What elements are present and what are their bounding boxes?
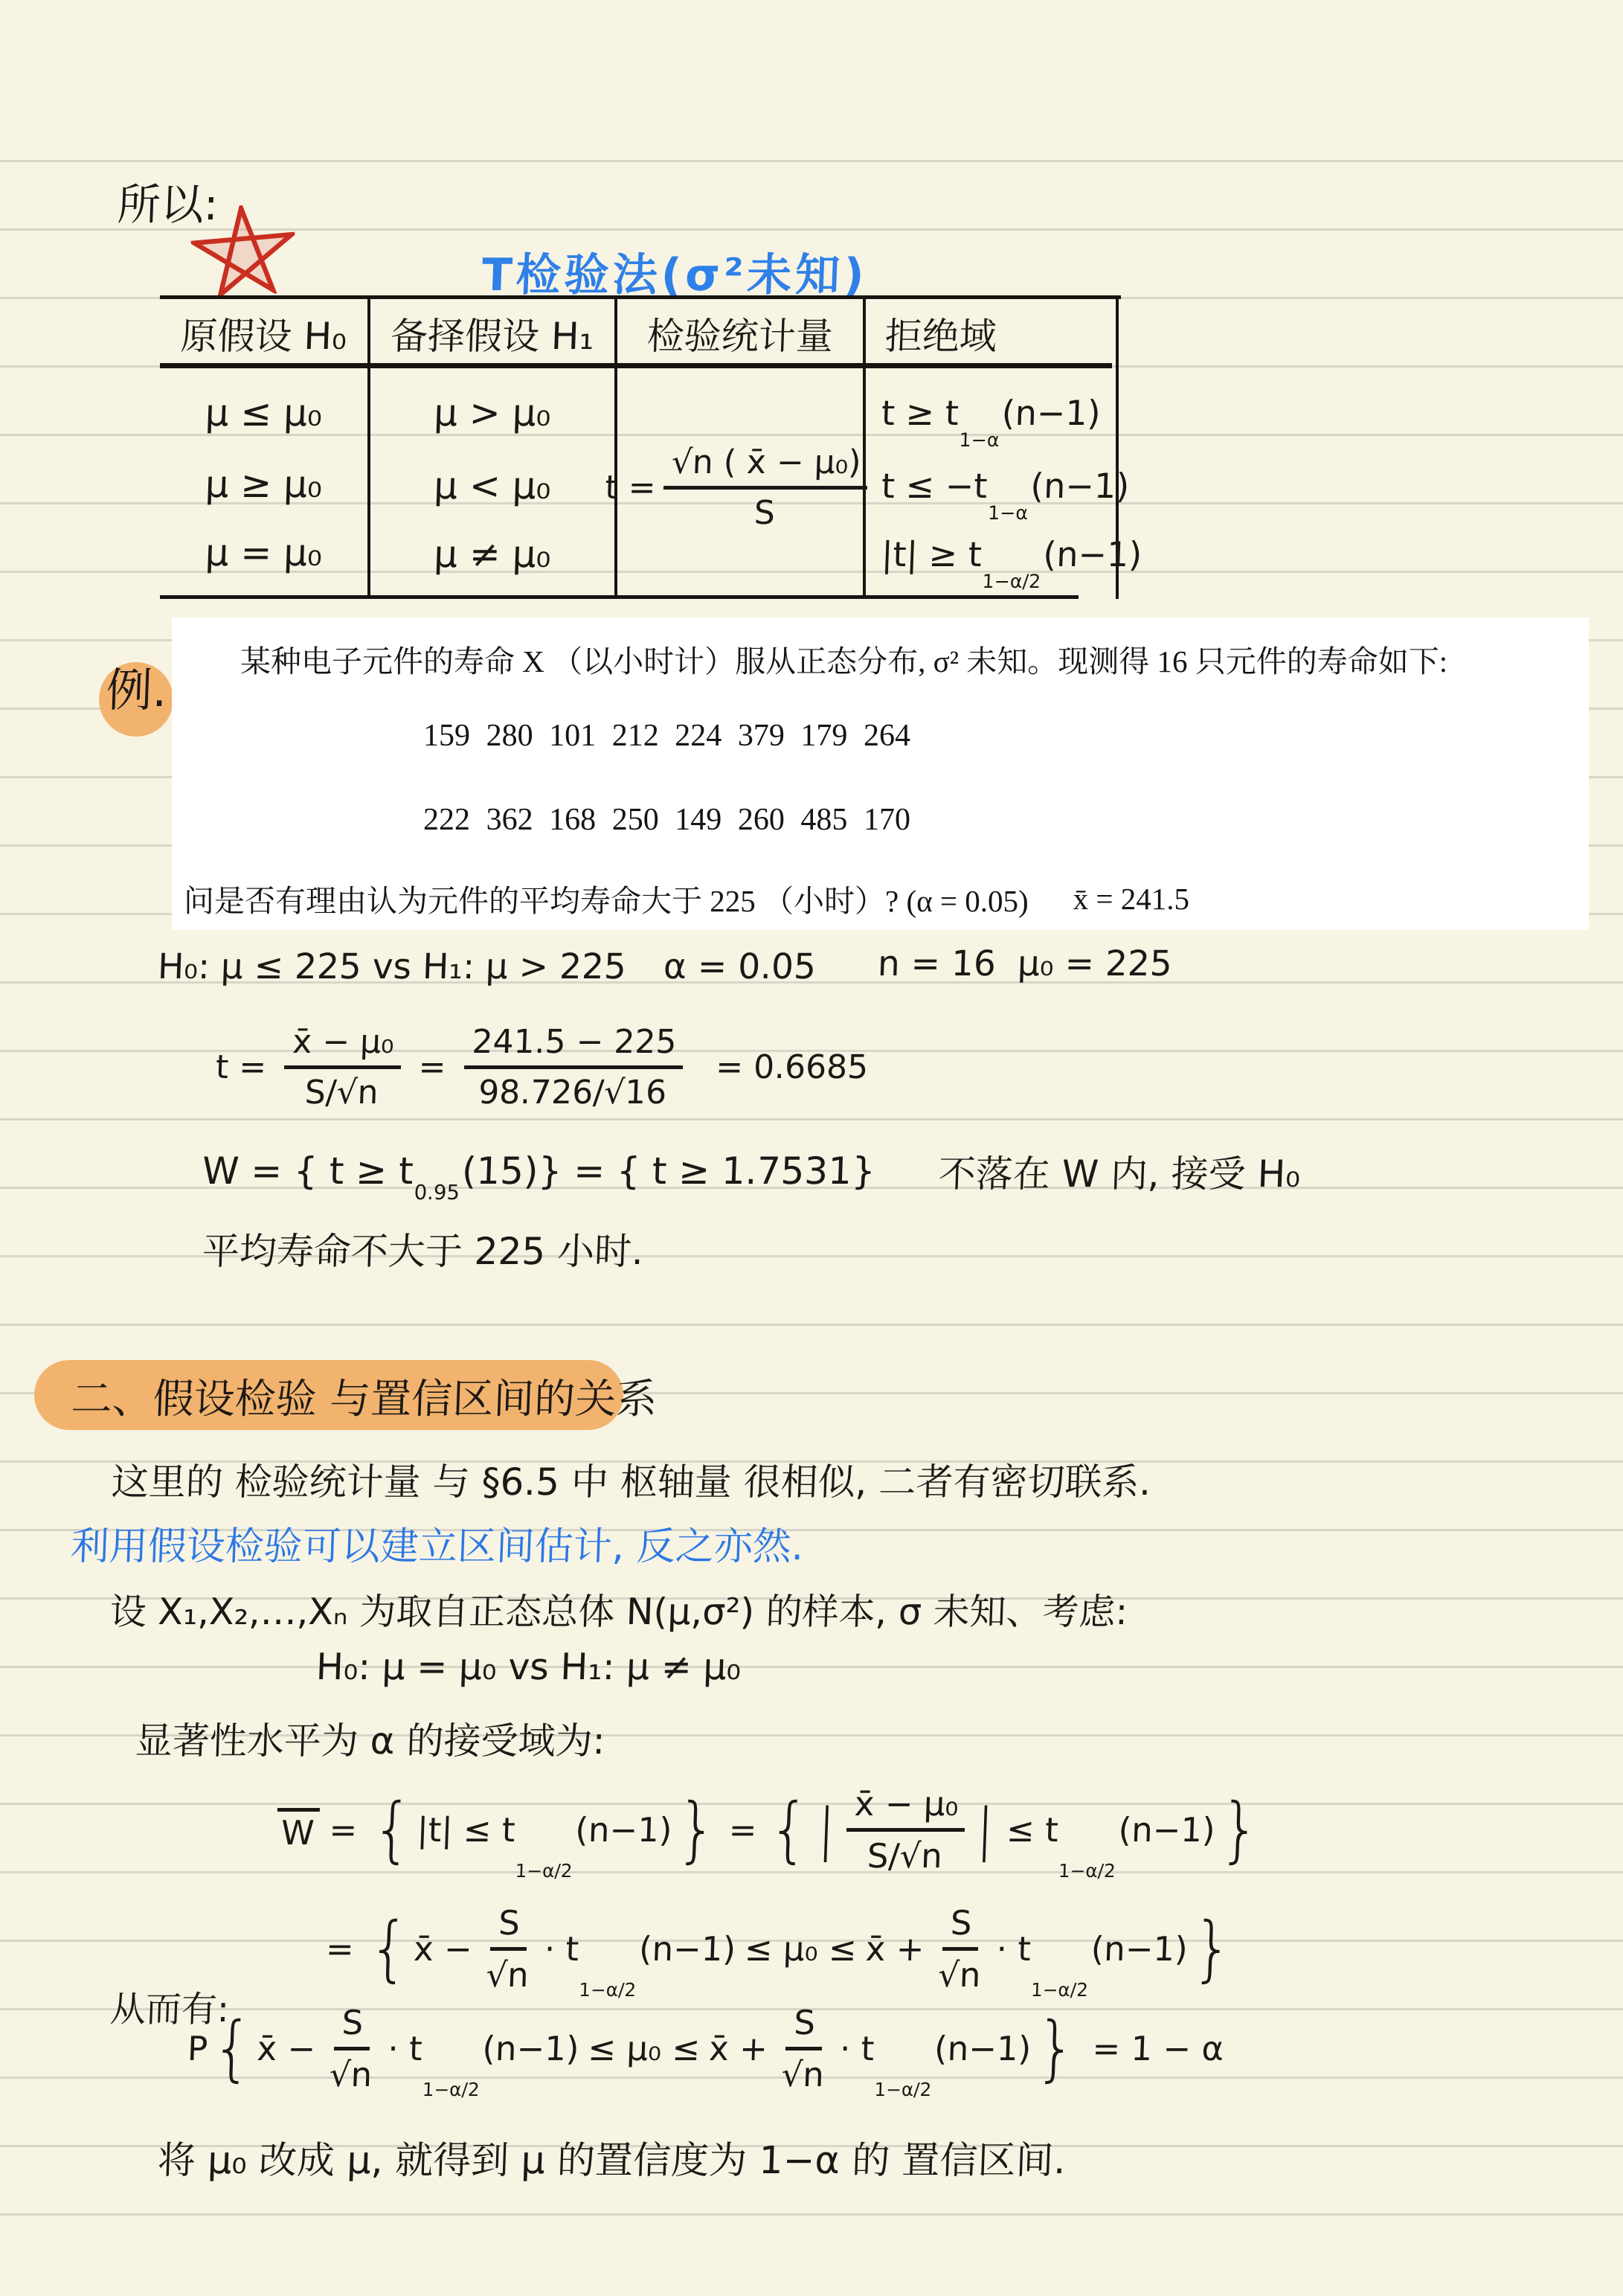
frac-sqrtn: √n [321,2050,380,2094]
xbar-plus: x̄ + [708,2029,768,2068]
frac-sqrtn: √n [930,1951,989,1995]
data-value: 264 [864,718,910,754]
right-brace: } [675,1789,718,1871]
left-brace: { [367,1908,411,1990]
table-cell-h0-row3: μ = μ₀ [158,521,368,585]
w-bar-symbol: W [276,1808,320,1853]
equals-sign: = [418,1048,447,1086]
statistic-numerator: √n ( x̄ − μ₀) [663,443,870,490]
table-cell-statistic: t = √n ( x̄ − μ₀) S [614,394,867,580]
page-title: T检验法(σ²未知) [481,240,869,304]
table-header-reject: 拒绝域 [884,304,1117,363]
mu0-between: ≤ μ₀ ≤ [588,2029,701,2068]
reject1-main: t ≥ t [881,393,960,433]
xbar-minus: x̄ − [257,2029,316,2068]
frac-s: S [942,1903,980,1951]
reject3-sub: 1−α/2 [982,571,1041,592]
solution-alpha: α = 0.05 [663,946,817,987]
table-cell-reject-row3: |t| ≥ t1−α/2(n−1) [880,522,1135,586]
left-brace: { [370,1789,414,1871]
abs-fraction: x̄ − μ₀ S/√n [845,1784,967,1876]
section2-line1: 这里的 检验统计量 与 §6.5 中 枢轴量 很相似, 二者有密切联系. [111,1452,1152,1506]
data-value: 250 [612,802,659,838]
example-data-row2: 222362168250149260485170 [423,802,910,838]
example-data-row1: 159280101212224379179264 [423,718,910,754]
reject1-post: (n−1) [1001,393,1102,433]
df-term: (n−1) [638,1929,736,1969]
reject3-main: |t| ≥ t [881,534,983,574]
frac-sqrtn: √n [478,1951,537,1995]
table-header-h0: 原假设 H₀ [159,304,369,363]
t-fraction-numeric: 241.5 − 225 98.726/√16 [462,1023,684,1112]
table-cell-h1-row1: μ > μ₀ [369,381,615,445]
table-top-border [160,295,1121,299]
le-t: ≤ t [1006,1810,1059,1850]
df-term: (n−1) [1090,1929,1189,1969]
data-value: 485 [800,802,847,838]
t-lhs: t = [215,1048,267,1086]
right-brace: } [1034,2007,1077,2090]
solution-hypotheses: H₀: μ ≤ 225 vs H₁: μ > 225 [157,946,627,987]
section2-line4: 显著性水平为 α 的接受域为: [135,1711,606,1765]
left-brace: { [768,1789,811,1871]
section2-hypotheses: H₀: μ = μ₀ vs H₁: μ ≠ μ₀ [315,1646,742,1688]
t-frac1-num: x̄ − μ₀ [284,1023,402,1069]
final-note: 将 μ₀ 改成 μ, 就得到 μ 的置信度为 1−α 的 置信区间. [157,2129,1067,2184]
p-symbol: P [187,2029,208,2068]
df-term: (n−1) [1118,1810,1216,1850]
right-brace: } [1218,1789,1262,1871]
t-quantile-sub: 1−α/2 [422,2079,480,2100]
xbar-minus: x̄ − [413,1929,472,1969]
solution-n: n = 16 [877,943,997,984]
w-sub: 0.95 [414,1181,460,1205]
dot-t: · t [839,2029,875,2068]
df-term: (n−1) [482,2029,580,2068]
reject2-sub: 1−α [988,502,1029,524]
xbar-plus: x̄ + [865,1929,925,1969]
s-over-sqrtn: S √n [930,1903,990,1995]
reject3-post: (n−1) [1043,534,1143,574]
acceptance-region-eq2: = { x̄ − S √n · t 1−α/2 (n−1) ≤ μ₀ ≤ x̄ … [324,1903,1238,1995]
dot-t: · t [544,1929,579,1969]
acceptance-region-eq1: W = { |t| ≤ t 1−α/2 (n−1) } = { | x̄ − μ… [275,1784,1266,1876]
equals-sign: = [325,1929,355,1969]
statistic-lhs: t = [605,469,657,507]
probability-statement: P { x̄ − S √n · t 1−α/2 (n−1) ≤ μ₀ ≤ x̄ … [186,2003,1226,2094]
data-value: 170 [864,802,910,838]
mu0-between: ≤ μ₀ ≤ [744,1929,858,1969]
frac-sqrtn: √n [774,2050,832,2094]
section2-heading: 二、假设检验 与置信区间的关系 [33,1366,658,1425]
s-over-sqrtn: S √n [321,2003,382,2094]
table-cell-reject-row1: t ≥ t1−α(n−1) [880,381,1128,445]
table-cell-reject-row2: t ≤ −t1−α(n−1) [880,454,1128,518]
table-bottom-border [160,595,1079,599]
table-cell-h0-row1: μ ≤ μ₀ [158,381,368,445]
statistic-denominator: S [746,490,783,532]
data-value: 212 [612,718,659,754]
dot-t: · t [387,2029,422,2068]
df-term: (n−1) [575,1810,673,1850]
t-quantile-sub: 1−α/2 [1030,1979,1088,2001]
s-over-sqrtn: S √n [774,2003,834,2094]
t-quantile-sub: 1−α/2 [874,2079,932,2100]
table-header-statistic: 检验统计量 [617,304,864,363]
data-value: 280 [486,718,533,754]
t-quantile-sub: 1−α/2 [515,1860,573,1882]
data-value: 168 [549,802,596,838]
data-value: 362 [486,802,533,838]
table-header-underline [160,363,1112,368]
t-frac1-den: S/√n [297,1069,387,1112]
t-quantile-sub: 1−α/2 [579,1979,637,2001]
solution-conclusion: 平均寿命不大于 225 小时. [202,1222,645,1275]
t-frac2-num: 241.5 − 225 [463,1023,684,1069]
abs-frac-den: S/√n [859,1832,951,1876]
section2-heading-highlight: 二、假设检验 与置信区间的关系 [34,1360,623,1430]
abs-t-condition: |t| ≤ t [417,1810,516,1850]
example-box: 某种电子元件的寿命 X （以小时计）服从正态分布, σ² 未知。现测得 16 只… [172,618,1589,930]
frac-s: S [785,2003,823,2050]
dot-t: · t [996,1929,1032,1969]
right-brace: } [1191,1908,1234,1990]
table-cell-h1-row2: μ < μ₀ [369,454,615,518]
w-main: W = { t ≥ t [202,1149,414,1193]
example-xbar: x̄ = 241.5 [1073,881,1189,917]
reject2-post: (n−1) [1029,466,1130,506]
equals-one-minus-alpha: = 1 − α [1092,2029,1224,2068]
data-value: 222 [423,802,470,838]
frac-s: S [490,1903,528,1951]
reject2-main: t ≤ −t [881,466,988,506]
equals-sign: = [728,1810,758,1850]
table-cell-h1-row3: μ ≠ μ₀ [369,522,615,586]
abs-bar: | [815,1797,837,1863]
abs-frac-num: x̄ − μ₀ [846,1784,967,1832]
star-icon [192,205,296,299]
section2-line3: 设 X₁,X₂,…,Xₙ 为取自正态总体 N(μ,σ²) 的样本, σ 未知、考… [109,1583,1129,1635]
data-value: 224 [675,718,721,754]
t-fraction-symbolic: x̄ − μ₀ S/√n [283,1023,402,1112]
table-cell-h0-row2: μ ≥ μ₀ [158,452,368,516]
data-value: 101 [549,718,596,754]
data-value: 159 [423,718,470,754]
solution-t-calculation: t = x̄ − μ₀ S/√n = 241.5 − 225 98.726/√1… [214,1023,870,1112]
df-term: (n−1) [933,2029,1032,2068]
notebook-page: { "page": { "bg_color": "#f8f4e4", "rule… [0,0,1623,2296]
example-marker: 例. [105,653,168,719]
solution-mu0: μ₀ = 225 [1017,943,1173,984]
equals-sign: = [329,1810,359,1850]
example-question-line: 问是否有理由认为元件的平均寿命大于 225 （小时）? (α = 0.05) x… [184,876,1189,920]
w-post: (15)} = { t ≥ 1.7531} [461,1149,876,1193]
s-over-sqrtn: S √n [478,1903,539,1995]
section2-line2-blue: 利用假设检验可以建立区间估计, 反之亦然. [70,1515,805,1571]
table-header-h1: 备择假设 H₁ [370,304,616,363]
data-value: 260 [738,802,785,838]
example-problem-text: 某种电子元件的寿命 X （以小时计）服从正态分布, σ² 未知。现测得 16 只… [240,637,1447,681]
left-brace: { [210,2007,254,2090]
data-value: 149 [675,802,721,838]
t-frac2-den: 98.726/√16 [470,1069,675,1112]
statistic-fraction: √n ( x̄ − μ₀) S [662,443,870,532]
solution-rejection-region: W = { t ≥ t0.95(15)} = { t ≥ 1.7531} 不落在… [202,1144,1302,1198]
reject1-sub: 1−α [959,429,1000,451]
frac-s: S [333,2003,371,2050]
abs-bar: | [974,1797,996,1863]
data-value: 379 [738,718,785,754]
data-value: 179 [800,718,847,754]
t-result: = 0.6685 [715,1048,869,1086]
example-question: 问是否有理由认为元件的平均寿命大于 225 （小时）? (α = 0.05) [184,876,1029,920]
t-quantile-sub: 1−α/2 [1058,1860,1116,1882]
w-note: 不落在 W 内, 接受 H₀ [938,1144,1302,1198]
